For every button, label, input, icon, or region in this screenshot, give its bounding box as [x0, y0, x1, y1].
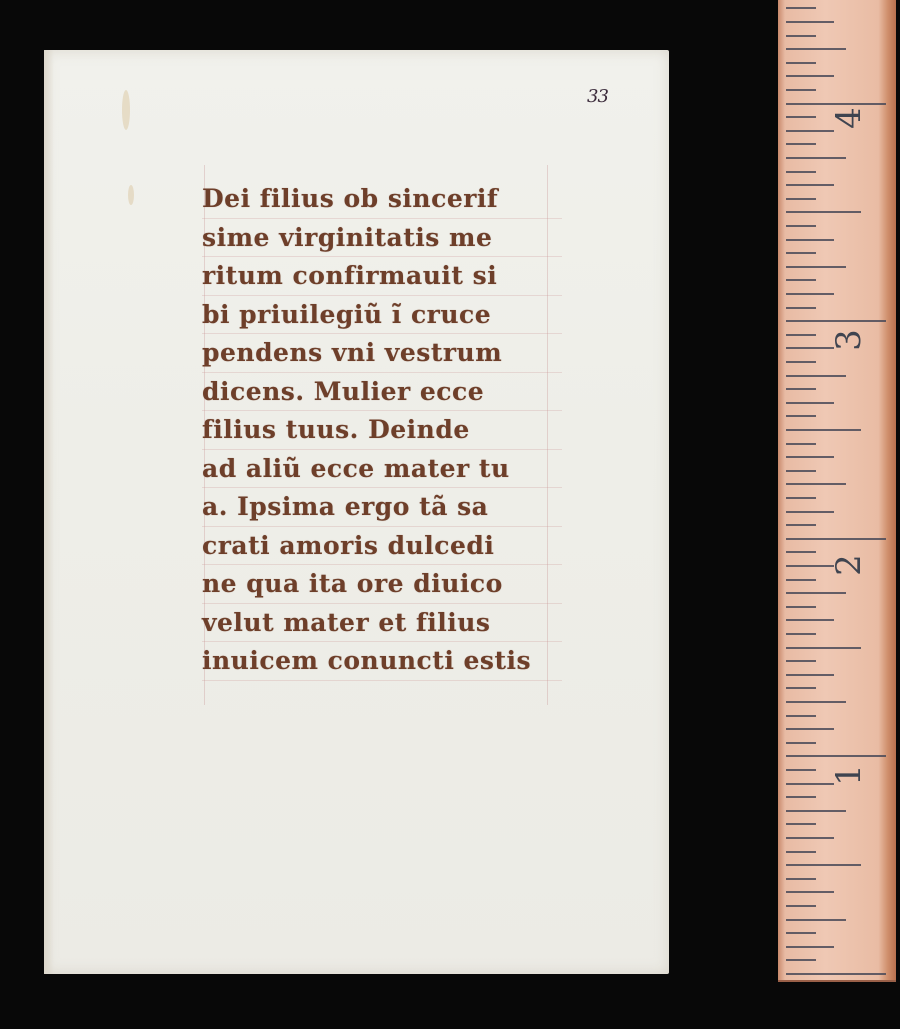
ruler-label-3: 3 — [829, 329, 869, 351]
ruler-tick — [786, 837, 834, 839]
ruler-tick — [786, 157, 846, 159]
ruler-tick — [786, 511, 834, 513]
ruler-tick — [786, 606, 816, 608]
ruler-tick — [786, 307, 816, 309]
ruler-tick — [786, 932, 816, 934]
ruler-tick — [786, 443, 816, 445]
ruler-tick — [786, 647, 861, 649]
stain-mark — [128, 185, 134, 205]
text-line: velut mater et filius — [202, 604, 562, 643]
ruler-tick — [786, 959, 816, 961]
ruler-tick — [786, 742, 816, 744]
ruler-tick — [786, 75, 834, 77]
ruler-tick — [786, 823, 816, 825]
text-line: ritum confirmauit si — [202, 257, 562, 296]
ruler-tick — [786, 184, 834, 186]
ruler-tick — [786, 701, 846, 703]
ruler-tick — [786, 171, 816, 173]
ruler-tick — [786, 198, 816, 200]
ruler-tick — [786, 810, 846, 812]
ruler-tick — [786, 538, 886, 540]
ruler-tick — [786, 429, 861, 431]
ruler-tick — [786, 143, 816, 145]
ruler-tick — [786, 864, 861, 866]
ruler-tick — [786, 905, 816, 907]
text-line: inuicem conuncti estis — [202, 642, 562, 681]
ruler-tick — [786, 579, 816, 581]
ruler-tick — [786, 715, 816, 717]
ruler-tick — [786, 946, 834, 948]
text-line: bi priuilegiũ ĩ cruce — [202, 296, 562, 335]
ruler-tick — [786, 660, 816, 662]
ruler-tick — [786, 266, 846, 268]
ruler-tick — [786, 524, 816, 526]
ruler-tick — [786, 755, 886, 757]
ruler-tick — [786, 7, 816, 9]
text-line: ne qua ita ore diuico — [202, 565, 562, 604]
ruler-tick — [786, 211, 861, 213]
inch-ruler: 4 3 2 1 — [778, 0, 896, 982]
manuscript-text: Dei filius ob sincerif sime virginitatis… — [202, 180, 562, 681]
ruler-tick — [786, 769, 816, 771]
ruler-tick — [786, 225, 816, 227]
text-line: Dei filius ob sincerif — [202, 180, 562, 219]
ruler-label-2: 2 — [829, 554, 869, 576]
ruler-tick — [786, 35, 816, 37]
ruler-tick — [786, 796, 816, 798]
ruler-tick — [786, 415, 816, 417]
ruler-tick — [786, 674, 834, 676]
manuscript-leaf: 33 Dei filius ob sincerif sime virginita… — [44, 50, 669, 974]
ruler-tick — [786, 633, 816, 635]
ruler-tick — [786, 239, 834, 241]
ruler-tick — [786, 252, 816, 254]
ruler-tick — [786, 592, 846, 594]
ruler-tick — [786, 878, 816, 880]
ruler-label-4: 4 — [829, 107, 869, 129]
text-line: ad aliũ ecce mater tu — [202, 450, 562, 489]
ruler-tick — [786, 89, 816, 91]
ruler-tick — [786, 483, 846, 485]
ruler-tick — [786, 388, 816, 390]
ruler-tick — [786, 130, 834, 132]
ruler-tick — [786, 48, 846, 50]
ruler-tick — [786, 497, 816, 499]
ruler-tick — [786, 973, 886, 975]
text-line: dicens. Mulier ecce — [202, 373, 562, 412]
ruler-tick — [786, 116, 816, 118]
ruler-tick — [786, 619, 834, 621]
ruler-tick — [786, 320, 886, 322]
ruler-tick — [786, 687, 816, 689]
ruler-tick — [786, 402, 834, 404]
text-line: a. Ipsima ergo tã sa — [202, 488, 562, 527]
ruler-tick — [786, 347, 834, 349]
ruler-tick — [786, 21, 834, 23]
ruler-tick — [786, 375, 846, 377]
text-line: sime virginitatis me — [202, 219, 562, 258]
ruler-tick — [786, 103, 886, 105]
ruler-tick — [786, 470, 816, 472]
ruler-tick — [786, 728, 834, 730]
ruler-tick — [786, 919, 846, 921]
ruler-tick — [786, 279, 816, 281]
ruler-tick — [786, 361, 816, 363]
ruler-tick — [786, 293, 834, 295]
text-line: pendens vni vestrum — [202, 334, 562, 373]
stain-mark — [122, 90, 130, 130]
ruler-label-1: 1 — [829, 764, 869, 786]
ruler-tick — [786, 456, 834, 458]
ruler-tick — [786, 551, 816, 553]
ruler-tick — [786, 851, 816, 853]
ruler-tick — [786, 62, 816, 64]
ruler-tick — [786, 565, 834, 567]
folio-number: 33 — [587, 86, 608, 107]
text-line: filius tuus. Deinde — [202, 411, 562, 450]
ruler-tick — [786, 334, 816, 336]
ruler-tick — [786, 783, 834, 785]
ruler-tick — [786, 891, 834, 893]
text-line: crati amoris dulcedi — [202, 527, 562, 566]
